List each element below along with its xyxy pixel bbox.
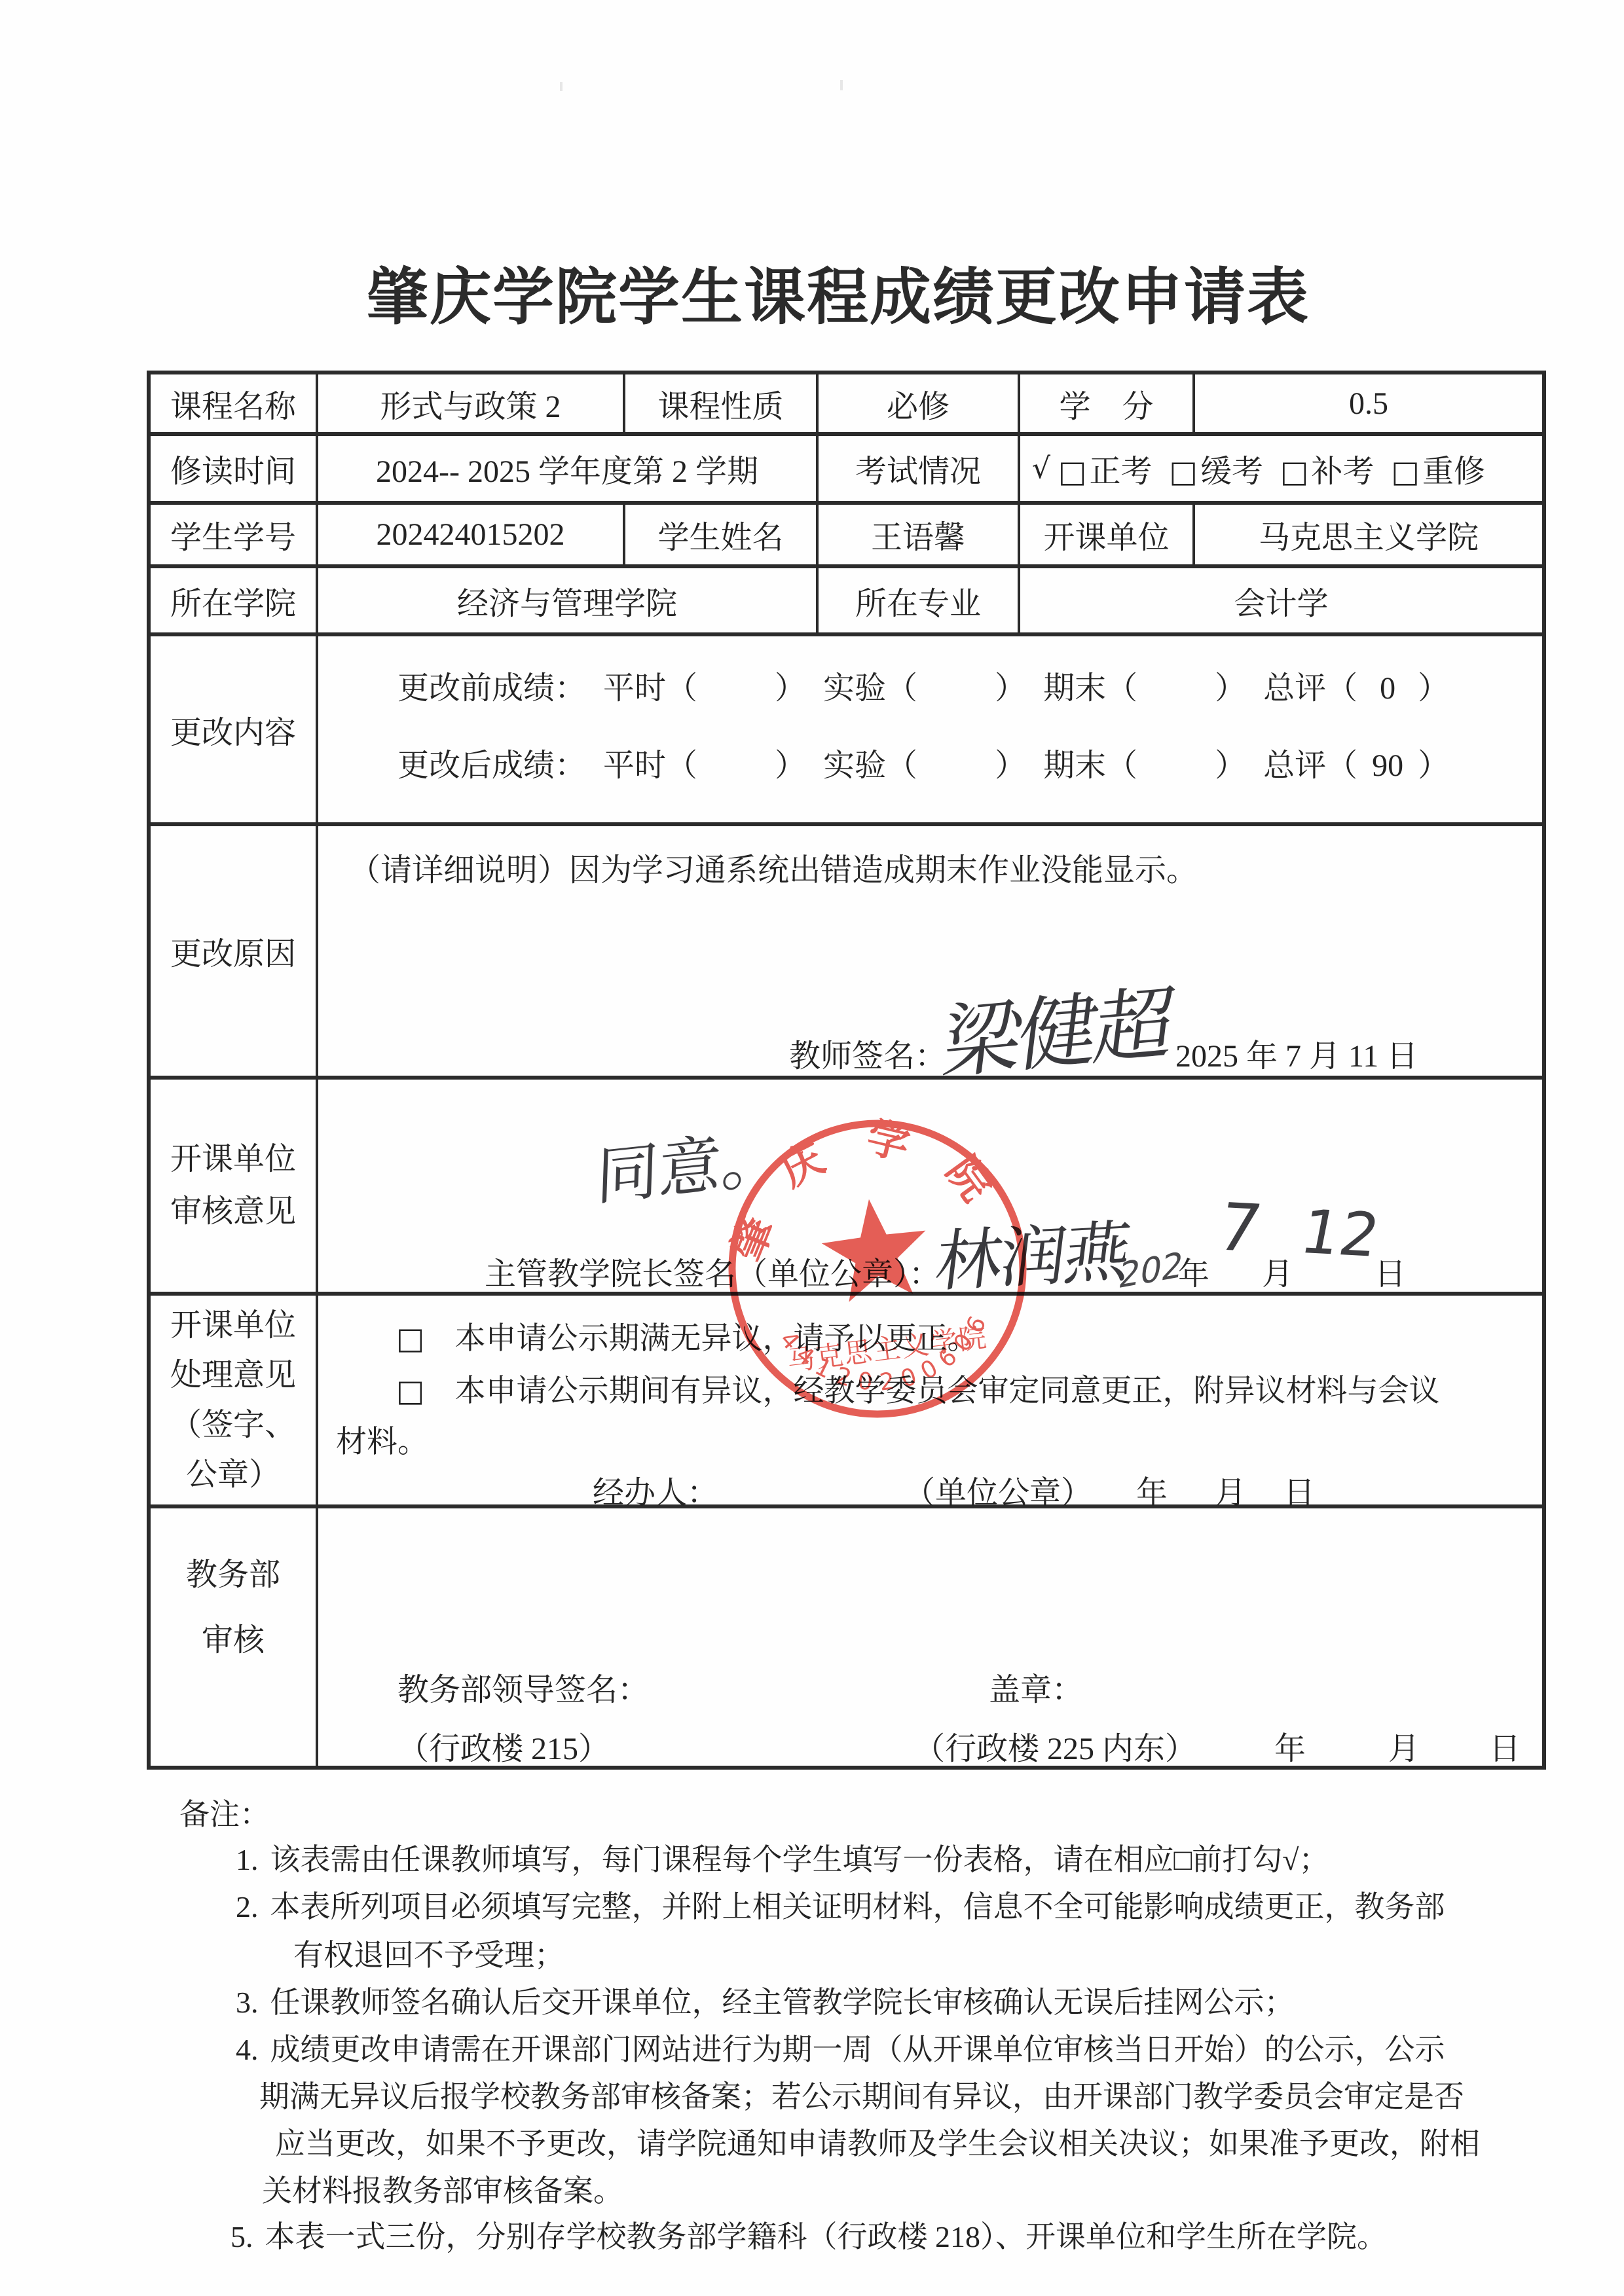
course-nature-value: 必修 [817, 373, 1019, 434]
checkbox-icon: □ [396, 1373, 424, 1408]
row-dept-review: 教务部 审核 教务部领导签名： 盖章： （行政楼 215） （行政楼 225 内… [149, 1506, 1544, 1768]
scan-artifact [560, 82, 563, 91]
unit-decision-label-line: 公章） [151, 1450, 316, 1500]
checkbox-icon: □ [396, 1321, 424, 1356]
note-item-4-cont: 关材料报教务部审核备案。 [262, 2167, 623, 2210]
paren: ） [1215, 671, 1246, 706]
field-lab: 实验（） [823, 671, 1026, 706]
unit-decision-label: 开课单位 处理意见 （签字、 公章） [149, 1294, 317, 1506]
paren: ） [775, 671, 806, 706]
teacher-signature-handwriting: 梁健超 [937, 958, 1178, 1095]
change-reason-text: （请详细说明）因为学习通系统出错造成期末作业没能显示。 [349, 845, 1198, 890]
note-text: 本表一式三份，分别存学校教务部学籍科（行政楼 218）、开课单位和学生所在学院。 [265, 2220, 1388, 2253]
form-title: 肇庆学院学生课程成绩更改申请表 [367, 247, 1283, 336]
exam-option-label: 缓考 [1200, 454, 1263, 489]
month-char: 月 [1388, 1723, 1420, 1768]
checkbox-icon: □ [1058, 454, 1086, 489]
note-item-2: 2.本表所列项目必须填写完整，并附上相关证明材料，信息不全可能影响成绩更正，教务… [236, 1883, 1445, 1926]
change-content-cell: 更改前成绩： 平时（） 实验（） 期末（） 总评（0） 更改后成绩： 平时（） … [317, 634, 1544, 824]
credit-label: 学 分 [1019, 373, 1194, 434]
paren: ） [995, 671, 1026, 706]
exam-status-label: 考试情况 [817, 434, 1019, 503]
grade-after-total: 90 [1357, 748, 1418, 784]
grades-before-line: 更改前成绩： 平时（） 实验（） 期末（） 总评（0） [397, 663, 1449, 708]
exam-option-normal: □正考 [1058, 446, 1152, 491]
agent-label: 经办人： [593, 1467, 718, 1512]
field-final: 期末（） [1043, 671, 1246, 706]
unit-seal-placeholder: （单位公章） [904, 1467, 1092, 1512]
teacher-sign-date: 2025 年 7 月 11 日 [1175, 1030, 1418, 1076]
field-label: 平时（ [603, 748, 697, 783]
note-text: 本表所列项目必须填写完整，并附上相关证明材料，信息不全可能影响成绩更正，教务部 [270, 1890, 1445, 1923]
day-char: 日 [1489, 1723, 1521, 1768]
unit-decision-label-line: （签字、 [151, 1400, 316, 1450]
paren: ） [995, 748, 1026, 783]
note-item-3: 3.任课教师签名确认后交开课单位，经主管教学院长审核确认无误后挂网公示； [236, 1978, 1295, 2022]
course-unit-value: 马克思主义学院 [1194, 503, 1544, 566]
student-name-value: 王语馨 [817, 503, 1019, 566]
scan-artifact [840, 80, 843, 90]
field-label: 期末（ [1043, 671, 1137, 706]
exam-option-label: 正考 [1090, 454, 1153, 489]
field-label: 总评（ [1263, 671, 1357, 706]
field-label: 实验（ [823, 748, 917, 783]
note-number: 5. [231, 2220, 253, 2253]
dept-review-label-line: 教务部 [151, 1542, 316, 1608]
day-char: 日 [1375, 1248, 1406, 1294]
dept-review-label: 教务部 审核 [149, 1506, 317, 1768]
year-char: 年 [1274, 1723, 1306, 1768]
exam-status-options: √ □正考 □缓考 □补考 □重修 [1019, 434, 1544, 503]
dept-seal-location: （行政楼 225 内东） [913, 1723, 1196, 1768]
unit-review-label-line: 开课单位 [151, 1133, 316, 1186]
note-number: 1. [236, 1843, 259, 1876]
field-total: 总评（0） [1263, 671, 1449, 706]
field-label: 平时（ [603, 671, 697, 706]
seal-star-icon [817, 1193, 933, 1304]
course-unit-label: 开课单位 [1019, 503, 1194, 566]
note-text: 任课教师签名确认后交开课单位，经主管教学院长审核确认无误后挂网公示； [270, 1986, 1295, 2019]
note-item-2-cont: 有权退回不予受理； [293, 1931, 564, 1975]
field-lab: 实验（） [823, 748, 1026, 783]
change-content-label: 更改内容 [149, 634, 317, 824]
teacher-sign-label: 教师签名： [789, 1030, 946, 1076]
note-item-4: 4.成绩更改申请需在开课部门网站进行为期一周（从开课单位审核当日开始）的公示，公… [236, 2026, 1445, 2069]
grades-after-line: 更改后成绩： 平时（） 实验（） 期末（） 总评（90） [397, 740, 1449, 785]
paren: ） [1215, 748, 1246, 783]
paren: ） [1418, 748, 1449, 783]
note-item-4-cont: 期满无异议后报学校教务部审核备案；若公示期间有异议，由开课部门教学委员会审定是否 [259, 2073, 1464, 2116]
exam-option-label: 重修 [1422, 454, 1485, 489]
grade-change-table: 课程名称 形式与政策 2 课程性质 必修 学 分 0.5 修读时间 2024--… [147, 371, 1546, 1770]
month-char: 月 [1215, 1467, 1246, 1512]
change-reason-cell: （请详细说明）因为学习通系统出错造成期末作业没能显示。 教师签名： 梁健超 20… [317, 824, 1544, 1078]
field-label: 实验（ [823, 671, 917, 706]
tick-mark-icon: √ [1032, 452, 1050, 485]
day-char: 日 [1283, 1467, 1315, 1512]
study-time-label: 修读时间 [149, 434, 317, 503]
exam-option-deferred: □缓考 [1170, 446, 1263, 491]
row-course: 课程名称 形式与政策 2 课程性质 必修 学 分 0.5 [149, 373, 1544, 434]
checkbox-icon: □ [1280, 454, 1308, 489]
field-label: 总评（ [1263, 748, 1357, 783]
note-item-1: 1.该表需由任课教师填写，每门课程每个学生填写一份表格，请在相应□前打勾√； [236, 1836, 1329, 1879]
day-value-handwriting: 12 [1295, 1197, 1386, 1270]
note-number: 3. [236, 1986, 259, 2019]
year-char: 年 [1178, 1248, 1209, 1294]
college-value: 经济与管理学院 [317, 566, 817, 634]
exam-option-makeup: □补考 [1280, 446, 1374, 491]
note-text: 该表需由任课教师填写，每门课程每个学生填写一份表格，请在相应□前打勾√； [270, 1843, 1329, 1876]
month-char: 月 [1262, 1248, 1293, 1294]
note-number: 4. [236, 2033, 259, 2066]
decision-option-2-cont: 材料。 [336, 1417, 428, 1461]
field-final: 期末（） [1043, 748, 1246, 783]
note-number: 2. [236, 1890, 259, 1923]
scanned-form-page: 肇庆学院学生课程成绩更改申请表 课程名称 形式与政策 2 课程性质 必修 学 分… [0, 0, 1624, 2296]
grade-before-total: 0 [1357, 670, 1418, 706]
major-label: 所在专业 [817, 566, 1019, 634]
course-name-label: 课程名称 [149, 373, 317, 434]
checkbox-icon: □ [1170, 454, 1198, 489]
dept-review-label-lines: 教务部 审核 [151, 1542, 316, 1732]
dept-leader-sign-label: 教务部领导签名： [397, 1664, 649, 1709]
checkbox-icon: □ [1392, 454, 1420, 489]
change-reason-label: 更改原因 [149, 824, 317, 1078]
exam-option-label: 补考 [1311, 454, 1374, 489]
dept-seal-label: 盖章： [989, 1664, 1083, 1709]
dept-review-cell: 教务部领导签名： 盖章： （行政楼 215） （行政楼 225 内东） 年 月 … [317, 1506, 1544, 1768]
unit-decision-label-line: 处理意见 [151, 1351, 316, 1400]
month-value-handwriting: 7 [1211, 1189, 1268, 1267]
year-char: 年 [1136, 1467, 1168, 1512]
paren: ） [1418, 671, 1449, 706]
row-change-reason: 更改原因 （请详细说明）因为学习通系统出错造成期末作业没能显示。 教师签名： 梁… [149, 824, 1544, 1078]
dept-review-label-line: 审核 [151, 1608, 316, 1673]
official-seal-stamp: 肇庆学院 马克思主义学院 44120200606 [695, 1086, 1060, 1451]
course-name-value: 形式与政策 2 [317, 373, 624, 434]
exam-option-retake: □重修 [1392, 446, 1485, 491]
row-student: 学生学号 202424015202 学生姓名 王语馨 开课单位 马克思主义学院 [149, 503, 1544, 566]
student-id-label: 学生学号 [149, 503, 317, 566]
study-time-value: 2024-- 2025 学年度第 2 学期 [317, 434, 817, 503]
row-college: 所在学院 经济与管理学院 所在专业 会计学 [149, 566, 1544, 634]
note-item-4-cont: 应当更改，如果不予更改，请学院通知申请教师及学生会议相关决议；如果准予更改，附相 [275, 2120, 1480, 2163]
unit-review-label-line: 审核意见 [151, 1186, 316, 1238]
student-name-label: 学生姓名 [624, 503, 817, 566]
credit-value: 0.5 [1194, 373, 1544, 434]
notes-label: 备注： [179, 1791, 270, 1834]
grades-after-label: 更改后成绩： [397, 748, 586, 783]
unit-review-label: 开课单位 审核意见 [149, 1078, 317, 1294]
grades-before-label: 更改前成绩： [397, 671, 586, 706]
row-change-content: 更改内容 更改前成绩： 平时（） 实验（） 期末（） 总评（0） 更改后成绩： … [149, 634, 1544, 824]
dept-leader-location: （行政楼 215） [397, 1723, 610, 1768]
field-total: 总评（90） [1263, 748, 1449, 783]
paren: ） [775, 748, 806, 783]
note-item-5: 5.本表一式三份，分别存学校教务部学籍科（行政楼 218）、开课单位和学生所在学… [231, 2213, 1387, 2256]
unit-decision-label-line: 开课单位 [151, 1301, 316, 1351]
field-regular: 平时（） [603, 671, 806, 706]
college-label: 所在学院 [149, 566, 317, 634]
student-id-value: 202424015202 [317, 503, 624, 566]
row-study-time: 修读时间 2024-- 2025 学年度第 2 学期 考试情况 √ □正考 □缓… [149, 434, 1544, 503]
field-regular: 平时（） [603, 748, 806, 783]
note-text: 成绩更改申请需在开课部门网站进行为期一周（从开课单位审核当日开始）的公示，公示 [270, 2033, 1445, 2066]
course-nature-label: 课程性质 [624, 373, 817, 434]
field-label: 期末（ [1043, 748, 1137, 783]
major-value: 会计学 [1019, 566, 1544, 634]
